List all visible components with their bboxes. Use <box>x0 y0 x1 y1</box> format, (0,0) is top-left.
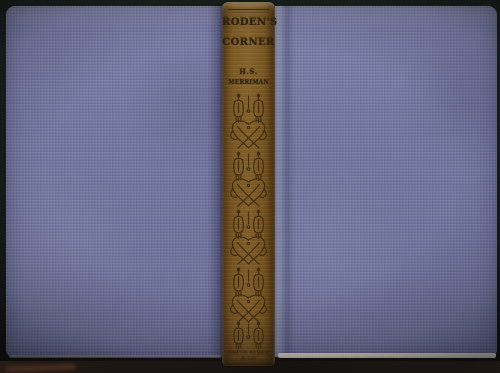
imprint-line2: & CO <box>222 357 275 363</box>
spine-title-line2: CORNER <box>222 37 275 48</box>
interlaced-scroll-ornament-icon <box>224 93 273 323</box>
page-edges-highlight <box>278 353 496 358</box>
spine-publisher-imprint: SMITH ELDER & CO <box>222 351 275 362</box>
board-edge-highlight <box>9 355 221 358</box>
book-spine: RODEN'S CORNER H.S. MERRIMAN <box>222 2 275 366</box>
head-rule-icon <box>228 9 269 12</box>
foot-tassel-ornament-icon <box>224 322 273 350</box>
front-cover-cloth <box>275 6 497 357</box>
back-cover-cloth <box>6 6 222 357</box>
spine-author-line1: H.S. <box>222 67 275 76</box>
imprint-line1: SMITH ELDER <box>222 351 275 357</box>
book-photograph: RODEN'S CORNER H.S. MERRIMAN <box>0 0 500 373</box>
spine-author-line2: MERRIMAN <box>224 78 273 86</box>
spine-title-line1: RODEN'S <box>222 17 275 28</box>
